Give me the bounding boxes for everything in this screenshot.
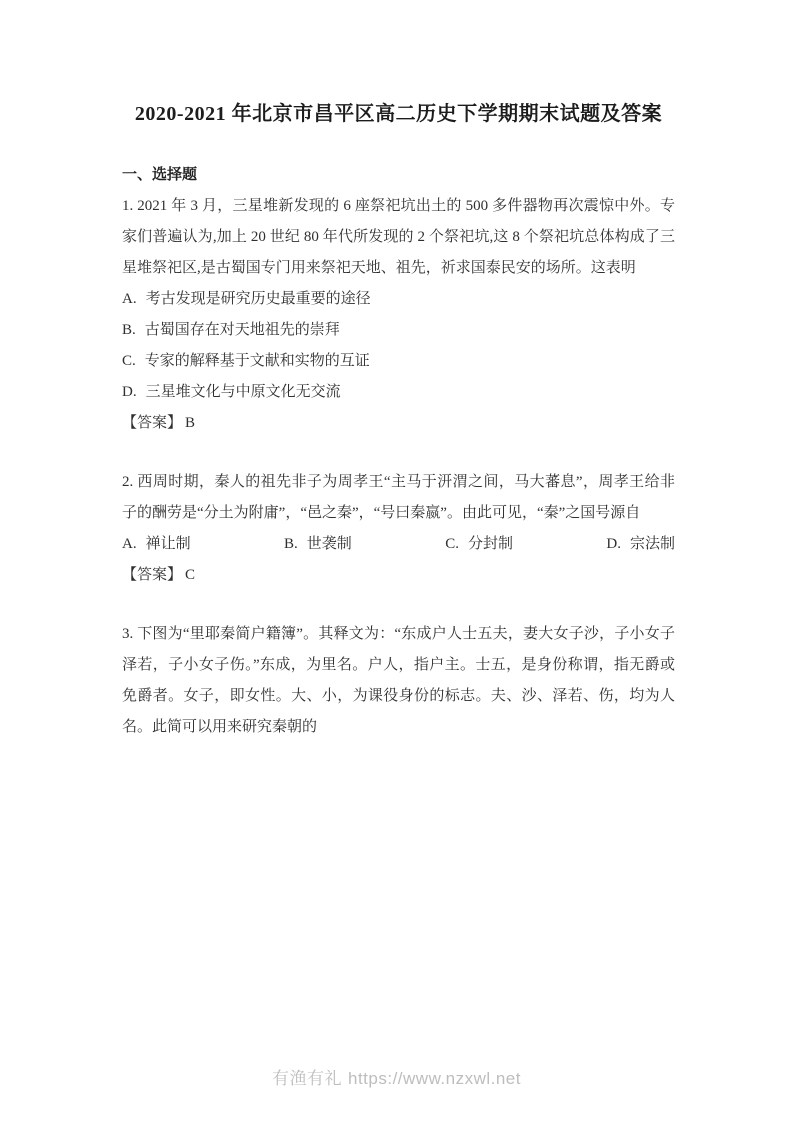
option-text: 宗法制 xyxy=(630,536,675,552)
option-label: B. xyxy=(284,536,298,552)
question-1-answer: 【答案】B xyxy=(122,408,675,439)
option-label: C. xyxy=(445,536,459,552)
question-1-option-d: D.三星堆文化与中原文化无交流 xyxy=(122,377,675,408)
question-2-option-a: A.禅让制 xyxy=(122,529,191,560)
question-2: 2. 西周时期，秦人的祖先非子为周孝王“主马于汧渭之间，马大蕃息”，周孝王给非子… xyxy=(122,467,675,591)
option-label: B. xyxy=(122,322,136,338)
option-label: D. xyxy=(606,536,621,552)
option-text: 三星堆文化与中原文化无交流 xyxy=(146,384,341,400)
question-2-stem: 2. 西周时期，秦人的祖先非子为周孝王“主马于汧渭之间，马大蕃息”，周孝王给非子… xyxy=(122,467,675,529)
question-1-options: A.考古发现是研究历史最重要的途径 B.古蜀国存在对天地祖先的崇拜 C.专家的解… xyxy=(122,284,675,408)
option-text: 禅让制 xyxy=(146,536,191,552)
question-3-stem: 3. 下图为“里耶秦简户籍簿”。其释文为：“东成户人士五夫，妻大女子沙，子小女子… xyxy=(122,619,675,743)
option-text: 分封制 xyxy=(468,536,513,552)
option-label: A. xyxy=(122,536,137,552)
option-label: A. xyxy=(122,291,137,307)
question-2-option-b: B.世袭制 xyxy=(284,529,352,560)
answer-value: C xyxy=(185,567,195,583)
page-title: 2020-2021 年北京市昌平区高二历史下学期期末试题及答案 xyxy=(122,99,675,129)
document-page: 2020-2021 年北京市昌平区高二历史下学期期末试题及答案 一、选择题 1.… xyxy=(0,0,793,743)
option-text: 古蜀国存在对天地祖先的崇拜 xyxy=(145,322,340,338)
option-label: C. xyxy=(122,353,136,369)
option-text: 世袭制 xyxy=(307,536,352,552)
answer-label: 【答案】 xyxy=(122,567,182,583)
answer-value: B xyxy=(185,415,195,431)
question-2-option-c: C.分封制 xyxy=(445,529,513,560)
answer-label: 【答案】 xyxy=(122,415,182,431)
footer-url: https://www.nzxwl.net xyxy=(348,1069,521,1088)
question-1-option-c: C.专家的解释基于文献和实物的互证 xyxy=(122,346,675,377)
question-2-option-d: D.宗法制 xyxy=(606,529,675,560)
option-text: 考古发现是研究历史最重要的途径 xyxy=(146,291,371,307)
section-heading: 一、选择题 xyxy=(122,160,675,191)
question-1: 1. 2021 年 3 月，三星堆新发现的 6 座祭祀坑出土的 500 多件器物… xyxy=(122,191,675,439)
option-text: 专家的解释基于文献和实物的互证 xyxy=(145,353,370,369)
question-1-stem: 1. 2021 年 3 月，三星堆新发现的 6 座祭祀坑出土的 500 多件器物… xyxy=(122,191,675,284)
page-footer: 有渔有礼https://www.nzxwl.net xyxy=(0,1064,793,1089)
option-label: D. xyxy=(122,384,137,400)
footer-site-name: 有渔有礼 xyxy=(272,1069,342,1088)
question-2-answer: 【答案】C xyxy=(122,560,675,591)
question-1-option-a: A.考古发现是研究历史最重要的途径 xyxy=(122,284,675,315)
question-2-options: A.禅让制 B.世袭制 C.分封制 D.宗法制 xyxy=(122,529,675,560)
question-1-option-b: B.古蜀国存在对天地祖先的崇拜 xyxy=(122,315,675,346)
question-3: 3. 下图为“里耶秦简户籍簿”。其释文为：“东成户人士五夫，妻大女子沙，子小女子… xyxy=(122,619,675,743)
